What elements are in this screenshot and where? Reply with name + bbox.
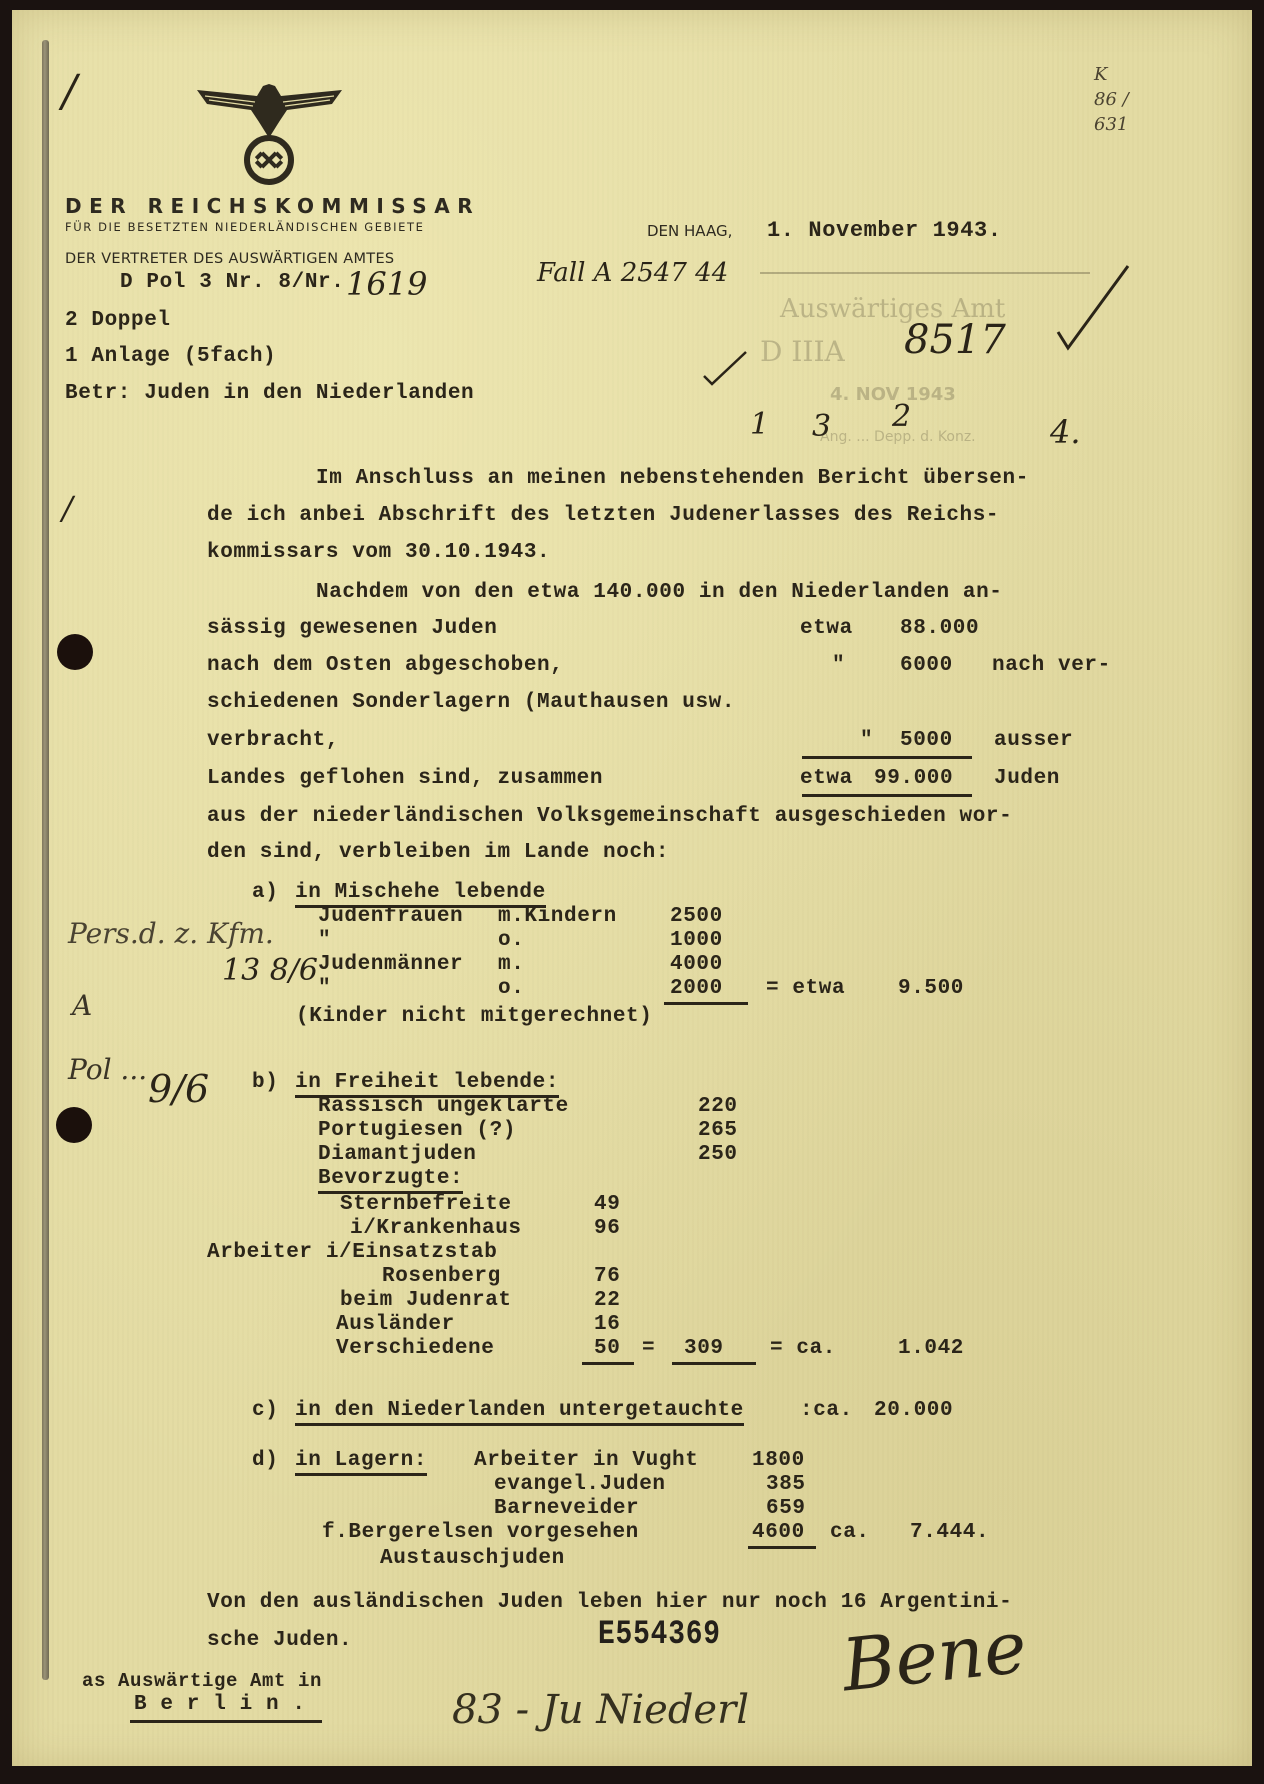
section-a-cond: o.	[498, 978, 524, 999]
section-d-num: 4600	[752, 1522, 805, 1543]
margin-mark: /	[62, 70, 77, 114]
section-a-cond: m.Kindern	[498, 906, 617, 927]
margin-date: 13 8/6	[222, 956, 318, 986]
margin-digit: 2	[892, 402, 911, 432]
section-a-num: 1000	[670, 930, 723, 951]
punch-hole	[56, 1107, 92, 1143]
sum-underline	[748, 1546, 816, 1549]
letterhead-subtitle: FÜR DIE BESETZTEN NIEDERLÄNDISCHEN GEBIE…	[65, 222, 425, 234]
closing-line: sche Juden.	[207, 1630, 352, 1651]
section-d-num: 1800	[752, 1450, 805, 1471]
section-b-total-prefix: = ca.	[770, 1338, 836, 1359]
subject-line: Betr: Juden in den Niederlanden	[65, 383, 474, 404]
body-line: de ich anbei Abschrift des letzten Juden…	[207, 505, 999, 526]
section-b-subitem: i/Krankenhaus	[350, 1218, 522, 1239]
section-a-total-prefix: = etwa	[766, 978, 845, 999]
sum-underline	[802, 794, 972, 797]
section-b-subnum: 16	[594, 1314, 620, 1335]
margin-note: Pol ...	[68, 1056, 147, 1084]
reference-handwritten-number: 1619	[346, 268, 427, 300]
section-a-total: 9.500	[898, 978, 964, 999]
sum-underline	[582, 1362, 634, 1365]
section-d-total: 7.444.	[910, 1522, 989, 1543]
margin-digit: 4.	[1050, 416, 1081, 448]
stat-row-qualifier: "	[860, 730, 873, 751]
section-d-item: evangel.Juden	[494, 1474, 666, 1495]
addressee-line: as Auswärtige Amt in	[82, 1672, 322, 1691]
eagle-emblem-icon	[197, 82, 342, 192]
margin-note: A	[72, 992, 92, 1020]
copies-line: 2 Doppel	[65, 310, 171, 331]
margin-mark: /	[62, 492, 73, 524]
section-a-note: (Kinder nicht mitgerechnet)	[296, 1006, 652, 1027]
section-a-cond: o.	[498, 930, 524, 951]
section-b-subitem: Verschiedene	[336, 1338, 494, 1359]
section-b-subnum: 50	[594, 1338, 620, 1359]
body-line: kommissars vom 30.10.1943.	[207, 542, 550, 563]
enclosure-line: 1 Anlage (5fach)	[65, 346, 276, 367]
section-a-who: "	[318, 978, 331, 999]
section-c-label: c)	[252, 1400, 278, 1421]
section-c-total-prefix: :ca.	[800, 1400, 853, 1421]
section-a-num: 2500	[670, 906, 723, 927]
stat-row-tail: nach ver-	[992, 655, 1111, 676]
section-a-label: a)	[252, 882, 278, 903]
margin-note: Pers.d. z. Kfm.	[68, 920, 274, 948]
section-d-item: Arbeiter in Vught	[474, 1450, 698, 1471]
punch-hole	[57, 634, 93, 670]
stat-row-label: schiedenen Sonderlagern (Mauthausen usw.	[207, 692, 735, 713]
stat-row-number: 6000	[900, 655, 953, 676]
section-b-subitem: Sternbefreite	[340, 1194, 512, 1215]
signature: Bene	[839, 1611, 1030, 1702]
sum-underline	[802, 756, 972, 759]
stat-row-tail: ausser	[994, 730, 1073, 751]
document-page: / / K 86 / 631 DER REICHSKOMMISSAR FÜR D…	[12, 10, 1252, 1766]
stat-row-label: Landes geflohen sind, zusammen	[207, 768, 603, 789]
checkmark-icon	[1052, 262, 1132, 357]
section-d-total-prefix: ca.	[830, 1522, 870, 1543]
section-a-who: "	[318, 930, 331, 951]
section-b-item: Diamantjuden	[318, 1144, 476, 1165]
section-b-subnum: 96	[594, 1218, 620, 1239]
dateline-place: DEN HAAG,	[647, 224, 732, 239]
stat-row-label: nach dem Osten abgeschoben,	[207, 655, 563, 676]
sum-underline	[664, 1002, 748, 1005]
section-b-item: Portugiesen (?)	[318, 1120, 516, 1141]
margin-digit: 1	[750, 410, 769, 440]
section-a-who: Judenmänner	[318, 954, 463, 975]
handwritten-file-ref: Fall A 2547 44	[537, 260, 728, 286]
section-b-num: 220	[698, 1096, 738, 1117]
stat-row-tail: Juden	[994, 768, 1060, 789]
equals-sign: =	[642, 1338, 655, 1359]
section-a-who: Judenfrauen	[318, 906, 463, 927]
section-b-num: 250	[698, 1144, 738, 1165]
corner-note: K 86 / 631	[1094, 62, 1134, 138]
addressee-underline	[130, 1720, 322, 1723]
section-c-total: 20.000	[874, 1400, 953, 1421]
section-d-item: f.Bergerelsen vorgesehen	[322, 1522, 639, 1543]
section-b-subheading: Bevorzugte:	[318, 1168, 463, 1194]
footer-handwritten-note: 83 - Ju Niederl	[452, 1690, 749, 1730]
section-b-subtotal: 309	[684, 1338, 724, 1359]
section-b-subitem: Arbeiter i/Einsatzstab	[207, 1242, 497, 1263]
section-a-cond: m.	[498, 954, 524, 975]
section-a-num: 2000	[670, 978, 723, 999]
section-d-item: Barneveider	[494, 1498, 639, 1519]
letterhead-office: DER REICHSKOMMISSAR	[65, 196, 480, 216]
stamp-handwritten-number: 8517	[904, 320, 1006, 360]
stat-row-number: 5000	[900, 730, 953, 751]
section-b-num: 265	[698, 1120, 738, 1141]
body-line: aus der niederländischen Volksgemeinscha…	[207, 806, 1012, 827]
section-b-subnum: 22	[594, 1290, 620, 1311]
section-b-label: b)	[252, 1072, 278, 1093]
stamp-line2: D IIIA	[760, 338, 845, 366]
document-number-stamp: E554369	[598, 1616, 721, 1654]
sum-underline	[672, 1362, 756, 1365]
section-d-num: 385	[766, 1474, 806, 1495]
margin-digit: 3	[812, 412, 831, 442]
addressee-city: B e r l i n .	[134, 1694, 306, 1715]
stat-row-label: verbracht,	[207, 730, 339, 751]
section-d-item: Austauschjuden	[380, 1548, 565, 1569]
section-d-label: d)	[252, 1450, 278, 1471]
section-d-heading: in Lagern:	[295, 1450, 427, 1476]
letterhead-representative: DER VERTRETER DES AUSWÄRTIGEN AMTES	[65, 252, 394, 267]
section-b-subitem: Rosenberg	[382, 1266, 501, 1287]
margin-date: 9/6	[148, 1070, 209, 1108]
section-b-item: Rassisch ungeklärte	[318, 1096, 569, 1117]
section-a-num: 4000	[670, 954, 723, 975]
section-b-subitem: Ausländer	[336, 1314, 455, 1335]
stat-row-qualifier: etwa	[800, 618, 853, 639]
stat-row-number: 88.000	[900, 618, 979, 639]
closing-line: Von den ausländischen Juden leben hier n…	[207, 1592, 1012, 1613]
section-b-subnum: 49	[594, 1194, 620, 1215]
body-line: den sind, verbleiben im Lande noch:	[207, 842, 669, 863]
stat-row-qualifier: etwa	[800, 768, 853, 789]
section-b-total: 1.042	[898, 1338, 964, 1359]
dateline-date: 1. November 1943.	[767, 220, 1002, 242]
body-line: Nachdem von den etwa 140.000 in den Nied…	[316, 582, 1003, 603]
section-b-subnum: 76	[594, 1266, 620, 1287]
section-c-heading: in den Niederlanden untergetauchte	[295, 1400, 744, 1426]
binder-line	[42, 40, 49, 1680]
body-line: Im Anschluss an meinen nebenstehenden Be…	[316, 468, 1029, 489]
checkmark-icon	[702, 348, 752, 393]
section-b-subitem: beim Judenrat	[340, 1290, 512, 1311]
stat-row-number: 99.000	[874, 768, 953, 789]
stat-row-qualifier: "	[832, 655, 845, 676]
stat-row-label: sässig gewesenen Juden	[207, 618, 497, 639]
section-d-num: 659	[766, 1498, 806, 1519]
reference-number: D Pol 3 Nr. 8/Nr.	[120, 272, 344, 293]
